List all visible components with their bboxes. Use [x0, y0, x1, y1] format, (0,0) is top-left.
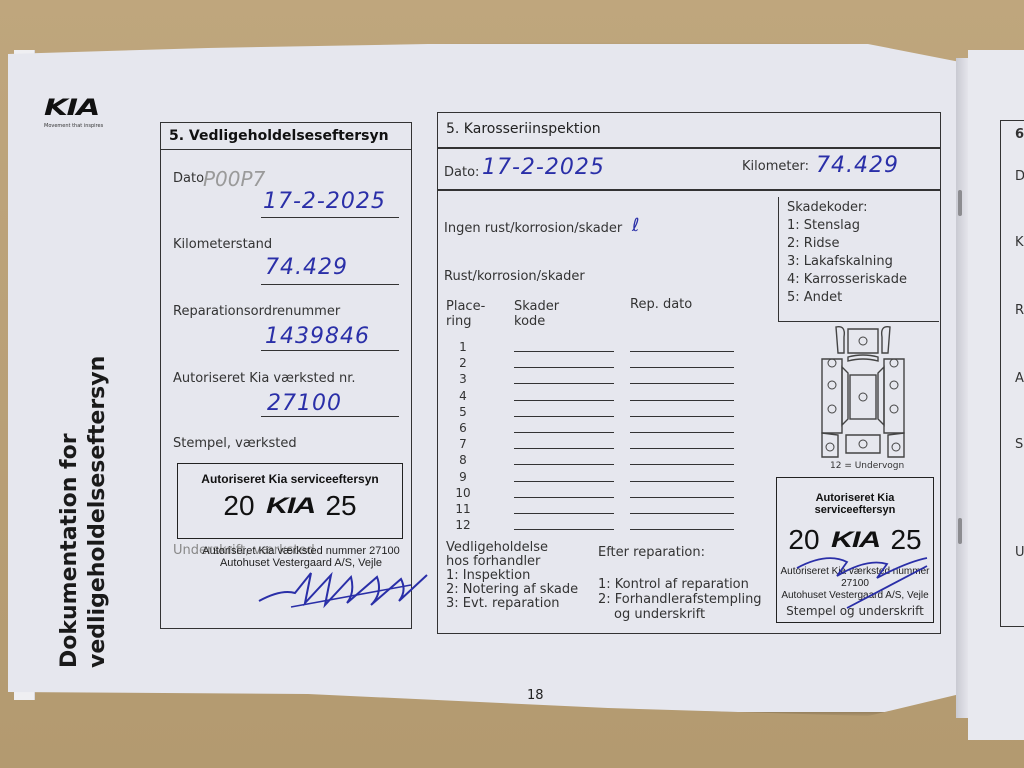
maintenance-steps: Vedligeholdelse hos forhandler 1: Inspek…	[446, 541, 578, 611]
date-value[interactable]: 17-2-2025	[263, 189, 386, 214]
entry-line[interactable]	[514, 481, 614, 482]
handwritten-signature-icon	[251, 563, 431, 613]
placement-number: 6	[448, 420, 478, 436]
placement-number: 11	[448, 501, 478, 517]
entry-line[interactable]	[630, 448, 734, 449]
side-title: Dokumentation for vedligeholdelsesefters…	[56, 308, 112, 668]
column-header-placement: Place- ring	[446, 299, 485, 329]
rust-label: Rust/korrosion/skader	[444, 269, 585, 284]
entry-line[interactable]	[514, 448, 614, 449]
entry-line[interactable]	[514, 400, 614, 401]
entry-line[interactable]	[630, 529, 734, 530]
diagram-caption: 12 = Undervogn	[830, 461, 904, 471]
placement-number: 12	[448, 517, 478, 533]
workshop-number-value[interactable]: 27100	[267, 391, 342, 416]
workshop-number-label: Autoriseret Kia værksted nr.	[173, 371, 356, 386]
placement-number: 1	[448, 339, 478, 355]
order-number-label: Reparationsordrenummer	[173, 304, 340, 319]
staple-icon	[958, 190, 962, 216]
entry-line[interactable]	[514, 351, 614, 352]
km-value[interactable]: 74.429	[265, 255, 348, 280]
entry-line[interactable]	[630, 367, 734, 368]
entry-line[interactable]	[630, 383, 734, 384]
pencil-note: P00P7	[203, 167, 265, 191]
entry-line[interactable]	[630, 416, 734, 417]
entry-line[interactable]	[514, 383, 614, 384]
page-number: 18	[527, 688, 544, 703]
placement-number: 7	[448, 436, 478, 452]
entry-line[interactable]	[514, 464, 614, 465]
section-title: 5. Karosseriinspektion	[446, 121, 601, 137]
kia-logo-icon: KIA	[266, 493, 315, 519]
entry-line[interactable]	[514, 416, 614, 417]
placement-number: 9	[448, 469, 478, 485]
no-rust-checkmark[interactable]: ℓ	[632, 215, 640, 236]
workshop-stamp: Autoriseret Kia serviceeftersyn 20 KIA 2…	[177, 463, 403, 539]
column-header-repair-date: Rep. dato	[630, 297, 692, 312]
kia-logo: KIA Movement that inspires	[44, 96, 103, 129]
no-rust-label: Ingen rust/korrosion/skader	[444, 221, 622, 236]
entry-line[interactable]	[514, 432, 614, 433]
handwritten-signature-icon	[777, 548, 933, 618]
entry-line[interactable]	[630, 497, 734, 498]
dealer-stamp: Autoriseret Kia serviceeftersyn 20 KIA 2…	[776, 477, 934, 623]
damage-codes-legend: Skadekoder: 1: Stenslag 2: Ridse 3: Laka…	[778, 197, 939, 322]
staple-icon	[958, 518, 962, 544]
placement-number: 8	[448, 452, 478, 468]
km-label: Kilometerstand	[173, 237, 272, 252]
entry-line[interactable]	[514, 367, 614, 368]
entry-line[interactable]	[630, 481, 734, 482]
entry-line[interactable]	[630, 432, 734, 433]
car-body-diagram-icon	[808, 323, 918, 463]
entry-line[interactable]	[630, 351, 734, 352]
after-repair-steps: 1: Kontrol af reparation 2: Forhandleraf…	[598, 577, 762, 622]
placement-numbers: 123456789101112	[448, 339, 478, 533]
stamp-label: Stempel, værksted	[173, 436, 297, 451]
placement-number: 2	[448, 355, 478, 371]
entry-line[interactable]	[514, 497, 614, 498]
placement-number: 3	[448, 371, 478, 387]
body-inspection-section: 5. Karosseriinspektion Dato: 17-2-2025 K…	[437, 112, 941, 634]
kia-logo-icon: KIA	[44, 96, 127, 121]
km-label: Kilometer:	[742, 159, 809, 174]
brand-tagline: Movement that inspires	[44, 123, 103, 129]
date-label: Dato	[173, 171, 204, 186]
placement-number: 10	[448, 485, 478, 501]
entry-line[interactable]	[630, 513, 734, 514]
after-repair-title: Efter reparation:	[598, 545, 705, 560]
maintenance-inspection-section: 5. Vedligeholdelseseftersyn Dato P00P7 1…	[160, 122, 412, 629]
column-header-code: Skader kode	[514, 299, 559, 329]
entry-line[interactable]	[514, 513, 614, 514]
entry-line[interactable]	[514, 529, 614, 530]
km-value[interactable]: 74.429	[816, 153, 899, 178]
date-value[interactable]: 17-2-2025	[482, 155, 605, 180]
order-number-value[interactable]: 1439846	[265, 324, 370, 349]
placement-number: 4	[448, 388, 478, 404]
entry-line[interactable]	[630, 400, 734, 401]
placement-number: 5	[448, 404, 478, 420]
entry-line[interactable]	[630, 464, 734, 465]
section-title: 5. Vedligeholdelseseftersyn	[161, 123, 411, 150]
date-label: Dato:	[444, 165, 479, 180]
next-page-section: 6 D K R A S U	[1000, 120, 1024, 627]
